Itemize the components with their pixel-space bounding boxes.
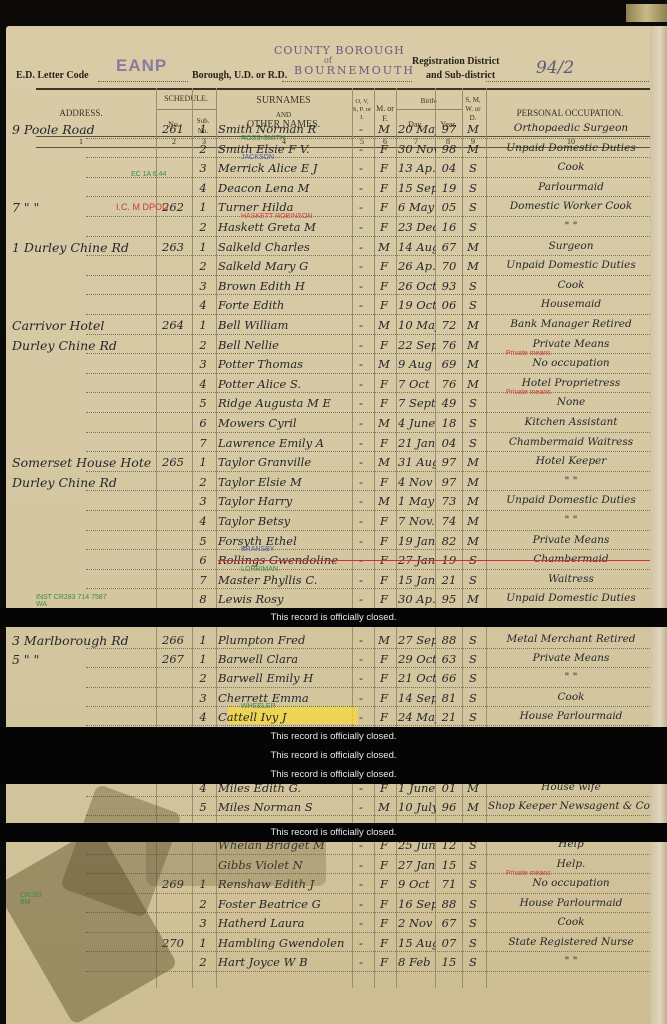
cell-day: 19 Oct [398,298,436,312]
cell-sex: M [374,318,394,332]
cell-ovspi: - [352,573,370,587]
cell-name: Forsyth Ethel [218,534,348,548]
cell-day: 13 Ap. [398,161,436,175]
cell-sub: 5 [194,800,212,814]
cell-ovspi: - [352,916,370,930]
row-divider [86,216,656,217]
cell-day: 14 Aug [398,240,436,254]
cell-sex: F [374,142,394,156]
cell-year: 04 [437,161,461,175]
cell-day: 7 Oct [398,377,436,391]
cell-day: 23 Dec [398,220,436,234]
cell-sex: F [374,858,394,872]
cell-ovspi: - [352,122,370,136]
cell-year: 76 [437,338,461,352]
cell-name: Salkeld Charles [218,240,348,254]
cell-ovspi: - [352,240,370,254]
cell-occupation: Surgeon [488,240,654,252]
closed-record-banner: This record is officially closed. [0,765,667,784]
cell-day: 26 Oct [398,279,436,293]
cell-day: 30 Nov [398,142,436,156]
cell-year: 19 [437,181,461,195]
cell-name: Hart Joyce W B [218,955,348,969]
row-divider [86,687,656,688]
borough-top: COUNTY BOROUGH [274,44,405,57]
cell-sched: 261 [156,122,190,136]
cell-day: 15 Aug [398,936,436,950]
cell-occupation: Kitchen Assistant [488,416,654,428]
cell-year: 88 [437,633,461,647]
col-names-1: SURNAMES [216,96,351,106]
cell-occupation: Private Means [488,652,654,664]
cell-sub: 4 [194,298,212,312]
cell-sub: 1 [194,240,212,254]
cell-ovspi: - [352,475,370,489]
cell-day: 16 Sept [398,897,436,911]
cell-marital: S [463,916,483,930]
margin-note-red-1: I.C. M DPOU [116,202,169,212]
cell-day: 20 May [398,122,436,136]
cell-day: 26 Ap. [398,259,436,273]
col-sex: M. or F. [374,104,396,124]
cell-ovspi: - [352,858,370,872]
cell-occupation: Cook [488,691,654,703]
row-divider [86,275,656,276]
annotation-note: HASKETT ROBINSON [241,213,312,220]
cell-sex: F [374,671,394,685]
cell-marital: S [463,633,483,647]
closed-record-banner: This record is officially closed. [0,608,667,627]
cell-year: 15 [437,955,461,969]
cell-sex: M [374,455,394,469]
cell-occupation: " " [488,475,654,487]
cell-sub: 2 [194,142,212,156]
cell-occupation: Housemaid [488,298,654,310]
cell-marital: S [463,858,483,872]
cell-marital: S [463,691,483,705]
cell-name: Bell William [218,318,348,332]
cell-ovspi: - [352,592,370,606]
cell-year: 04 [437,436,461,450]
cell-sub: 2 [194,897,212,911]
cell-ovspi: - [352,161,370,175]
cell-occupation: Help. [488,858,654,870]
cell-ovspi: - [352,710,370,724]
cell-marital: S [463,652,483,666]
cell-sub: 1 [194,318,212,332]
annotation-note: Private means [506,389,551,396]
cell-day: 1 May [398,494,436,508]
cell-day: 15 Sept [398,181,436,195]
row-divider [86,971,656,972]
cell-sub: 6 [194,416,212,430]
cell-occupation: State Registered Nurse [488,936,654,948]
cell-sub: 1 [194,200,212,214]
row-divider [86,177,656,178]
cell-name: Brown Edith H [218,279,348,293]
cell-sex: F [374,691,394,705]
cell-occupation: Chambermaid Waitress [488,436,654,448]
cell-name: Lawrence Emily A [218,436,348,450]
cell-marital: M [463,514,483,528]
cell-year: 97 [437,455,461,469]
cell-sub: 1 [194,122,212,136]
cell-sub: 8 [194,592,212,606]
cell-name: Lewis Rosy [218,592,348,606]
cell-marital: S [463,161,483,175]
cell-name: Taylor Harry [218,494,348,508]
row-divider [86,588,656,589]
cell-year: 81 [437,691,461,705]
cell-sex: F [374,534,394,548]
cell-name: Taylor Betsy [218,514,348,528]
cell-marital: S [463,416,483,430]
cell-ovspi: - [352,652,370,666]
cell-name: Deacon Lena M [218,181,348,195]
cell-day: 31 Aug [398,455,436,469]
cell-day: 7 Sept [398,396,436,410]
cell-sub: 2 [194,475,212,489]
cell-day: 30 Ap. [398,592,436,606]
col-schedule: SCHEDULE. [156,94,216,104]
cell-sub: 5 [194,396,212,410]
cell-ovspi: - [352,936,370,950]
cell-marital: S [463,955,483,969]
annotation-note: WHEELER [241,703,276,710]
cell-name: Taylor Granville [218,455,348,469]
cell-day: 19 Jan [398,534,436,548]
cell-sex: F [374,514,394,528]
cell-sex: F [374,200,394,214]
page-edge [650,26,667,1024]
cell-occupation: No occupation [488,877,654,889]
cell-sub: 4 [194,181,212,195]
cell-occupation: Metal Merchant Retired [488,633,654,645]
cell-name: Merrick Alice E J [218,161,348,175]
row-divider [86,912,656,913]
cell-sub: 3 [194,357,212,371]
cell-day: 4 Nov [398,475,436,489]
cell-occupation: Unpaid Domestic Duties [488,142,654,154]
row-divider [86,951,656,952]
cell-ovspi: - [352,200,370,214]
cell-ovspi: - [352,259,370,273]
row-divider [86,255,656,256]
cell-year: 21 [437,710,461,724]
cell-name: Cattell Ivy J [218,710,348,724]
cell-year: 97 [437,475,461,489]
cell-marital: S [463,877,483,891]
cell-occupation: Hotel Proprietress [488,377,654,389]
cell-sub: 6 [194,553,212,567]
cell-day: 27 Jan [398,858,436,872]
cell-year: 88 [437,897,461,911]
cell-occupation: Parlourmaid [488,181,654,193]
cell-ovspi: - [352,436,370,450]
cell-sub: 1 [194,652,212,666]
annotation-note: BRANSBY [241,546,274,553]
cell-day: 24 May [398,710,436,724]
cell-ovspi: - [352,800,370,814]
row-divider [86,667,656,668]
cell-ovspi: - [352,338,370,352]
cell-occupation: " " [488,955,654,967]
cell-sex: F [374,220,394,234]
cell-sex: F [374,897,394,911]
cell-marital: M [463,494,483,508]
cell-occupation: Cook [488,916,654,928]
cell-ovspi: - [352,220,370,234]
cell-name: Hatherd Laura [218,916,348,930]
cell-sub: 4 [194,710,212,724]
cell-address: 3 Marlborough Rd [12,633,152,648]
cell-ovspi: - [352,181,370,195]
cell-year: 98 [437,142,461,156]
cell-marital: S [463,710,483,724]
cell-day: 10 July [398,800,436,814]
cell-marital: S [463,671,483,685]
cell-marital: M [463,800,483,814]
cell-sex: F [374,710,394,724]
cell-sub: 1 [194,633,212,647]
col-ovspi: O, V, S, P. or I. [352,98,372,122]
cell-sex: F [374,652,394,666]
cell-sex: F [374,396,394,410]
cell-name: Plumpton Fred [218,633,348,647]
cell-year: 05 [437,200,461,214]
cell-occupation: Shop Keeper Newsagent & Confectioner [488,800,654,812]
cell-ovspi: - [352,955,370,969]
cell-marital: M [463,592,483,606]
cell-year: 70 [437,259,461,273]
annotation-note: JACKSON [241,154,274,161]
cell-name: Potter Thomas [218,357,348,371]
cell-year: 07 [437,936,461,950]
row-divider [86,314,656,315]
cell-name: Potter Alice S. [218,377,348,391]
cell-name: Hambling Gwendolen [218,936,348,950]
row-divider [86,392,656,393]
annotation-note: ROSS-SMITH [241,135,285,142]
row-divider [86,294,656,295]
cell-sex: M [374,494,394,508]
cell-day: 2 Nov [398,916,436,930]
cell-sex: M [374,240,394,254]
cell-address: 1 Durley Chine Rd [12,240,152,255]
cell-year: 15 [437,858,461,872]
cell-occupation: Waitress [488,573,654,585]
cell-name: Cherrett Emma [218,691,348,705]
cell-year: 71 [437,877,461,891]
cell-ovspi: - [352,455,370,469]
cell-name: Taylor Elsie M [218,475,348,489]
cell-ovspi: - [352,279,370,293]
cell-sub: 2 [194,338,212,352]
cell-occupation: Unpaid Domestic Duties [488,494,654,506]
cell-year: 72 [437,318,461,332]
annotation-note: Private means [506,870,551,877]
cell-sub: 3 [194,279,212,293]
row-divider [86,530,656,531]
cell-marital: M [463,142,483,156]
annotation-note: Private means [506,350,551,357]
cell-ovspi: - [352,298,370,312]
cell-sex: F [374,181,394,195]
annotation-note: LORRIMAN [241,566,278,573]
cell-sex: F [374,955,394,969]
row-divider [86,196,656,197]
cell-year: 49 [437,396,461,410]
cell-sched: 263 [156,240,190,254]
cell-sub: 7 [194,436,212,450]
cell-year: 95 [437,592,461,606]
row-divider [86,353,656,354]
cell-day: 10 May [398,318,436,332]
row-divider [86,236,656,237]
cell-sex: F [374,936,394,950]
cell-sub: 2 [194,955,212,969]
cell-name: Miles Norman S [218,800,348,814]
margin-note-green-1: EC 1A 6.44 [131,171,166,178]
cell-sub: 1 [194,455,212,469]
cell-name: Haskett Greta M [218,220,348,234]
cell-day: 29 Oct [398,652,436,666]
cell-occupation: No occupation [488,357,654,369]
cell-day: 6 May [398,200,436,214]
row-divider [86,451,656,452]
cell-day: 15 Jan [398,573,436,587]
row-divider [86,334,656,335]
cell-year: 67 [437,916,461,930]
cell-year: 18 [437,416,461,430]
cell-occupation: Private Means [488,534,654,546]
cell-marital: S [463,298,483,312]
cell-occupation: House Parlourmaid [488,897,654,909]
row-divider [86,157,656,158]
cell-occupation: House Parlourmaid [488,710,654,722]
ed-letter-code-label: E.D. Letter Code [16,70,89,81]
row-divider [86,932,656,933]
cell-occupation: Bank Manager Retired [488,318,654,330]
cell-marital: S [463,897,483,911]
col-marital: S, M, W. or D. [462,96,484,123]
margin-note-green-3: CR283 BM [20,892,50,906]
cell-occupation: " " [488,671,654,683]
cell-sub: 4 [194,377,212,391]
cell-marital: M [463,455,483,469]
cell-ovspi: - [352,396,370,410]
cell-marital: M [463,377,483,391]
cell-year: 82 [437,534,461,548]
cell-sex: F [374,377,394,391]
cell-marital: M [463,318,483,332]
cell-year: 96 [437,800,461,814]
cell-ovspi: - [352,357,370,371]
cell-sex: F [374,877,394,891]
ed-letter-code: EANP [116,56,167,76]
cell-sub: 3 [194,916,212,930]
cell-ovspi: - [352,633,370,647]
cell-sex: F [374,475,394,489]
cell-sched: 265 [156,455,190,469]
cell-name: Ridge Augusta M E [218,396,348,410]
borough-name: BOURNEMOUTH [294,64,415,77]
cell-marital: S [463,181,483,195]
cell-marital: S [463,573,483,587]
col-address: ADDRESS. [6,108,156,118]
registration-label-1: Registration District [412,56,499,67]
cell-name: Salkeld Mary G [218,259,348,273]
row-divider [86,706,656,707]
cell-sub: 2 [194,259,212,273]
cell-ovspi: - [352,377,370,391]
cell-occupation: " " [488,220,654,232]
cell-year: 63 [437,652,461,666]
cell-marital: M [463,534,483,548]
cell-day: 21 Jan [398,436,436,450]
row-divider [86,725,656,726]
cell-name: Bell Nellie [218,338,348,352]
cell-day: 14 Sept [398,691,436,705]
cell-occupation: Cook [488,161,654,173]
cell-occupation: " " [488,514,654,526]
cell-sex: M [374,416,394,430]
closed-record-banner: This record is officially closed. [0,727,667,746]
cell-ovspi: - [352,514,370,528]
cell-address: 9 Poole Road [12,122,152,137]
row-divider [86,471,656,472]
row-divider [86,648,656,649]
cell-sub: 3 [194,494,212,508]
cell-ovspi: - [352,691,370,705]
cell-year: 74 [437,514,461,528]
row-divider [86,796,656,797]
cell-sched: 264 [156,318,190,332]
cell-marital: S [463,396,483,410]
cell-year: 67 [437,240,461,254]
cell-sub: 3 [194,161,212,175]
cell-marital: M [463,338,483,352]
closed-record-banner: This record is officially closed. [0,746,667,765]
cell-occupation: None [488,396,654,408]
strikethrough [218,560,654,561]
cell-occupation: Unpaid Domestic Duties [488,592,654,604]
cell-address: Durley Chine Rd [12,338,152,353]
cell-occupation: Domestic Worker Cook [488,200,654,212]
cell-sub: 4 [194,514,212,528]
cell-ovspi: - [352,416,370,430]
cell-sex: F [374,259,394,273]
cell-marital: S [463,279,483,293]
cell-name: Barwell Emily H [218,671,348,685]
cell-year: 73 [437,494,461,508]
cell-sex: F [374,592,394,606]
row-divider [86,490,656,491]
cell-marital: S [463,436,483,450]
cell-sex: F [374,916,394,930]
row-divider [86,412,656,413]
cell-year: 06 [437,298,461,312]
cell-year: 69 [437,357,461,371]
cell-marital: S [463,220,483,234]
cell-ovspi: - [352,318,370,332]
cell-day: 9 Oct [398,877,436,891]
cell-year: 97 [437,122,461,136]
census-page: E.D. Letter Code EANP Borough, U.D. or R… [6,26,656,1024]
cell-day: 21 Oct [398,671,436,685]
row-divider [86,549,656,550]
row-divider [86,432,656,433]
